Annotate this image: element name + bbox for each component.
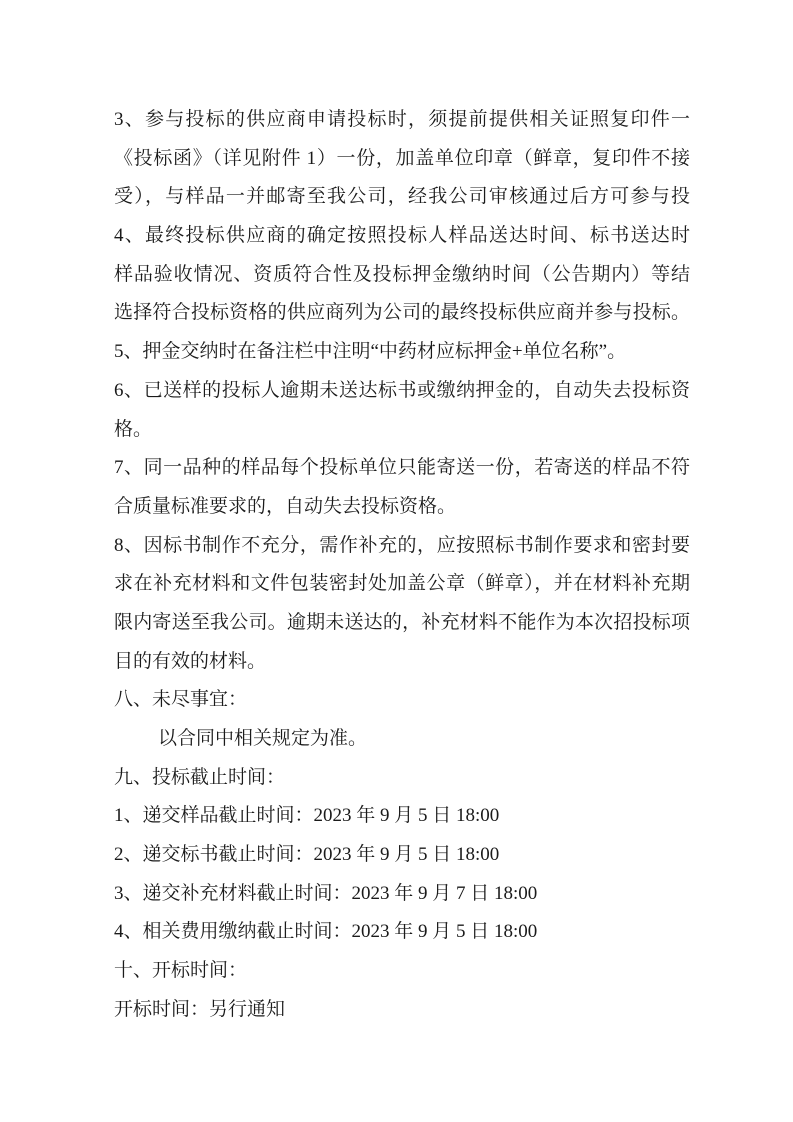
doc-line: 2、递交标书截止时间：2023 年 9 月 5 日 18:00 xyxy=(114,836,690,875)
doc-line: 格。 xyxy=(114,411,690,450)
doc-line: 求在补充材料和文件包装密封处加盖公章（鲜章），并在材料补充期 xyxy=(114,565,690,604)
doc-line: 3、递交补充材料截止时间：2023 年 9 月 7 日 18:00 xyxy=(114,875,690,914)
doc-line: 5、押金交纳时在备注栏中注明“中药材应标押金+单位名称”。 xyxy=(114,333,690,372)
doc-section-heading: 八、未尽事宜： xyxy=(114,681,690,720)
doc-line: 4、相关费用缴纳截止时间：2023 年 9 月 5 日 18:00 xyxy=(114,913,690,952)
doc-line: 《投标函》（详见附件 1）一份，加盖单位印章（鲜章，复印件不接 xyxy=(114,140,690,179)
doc-line: 8、因标书制作不充分，需作补充的，应按照标书制作要求和密封要 xyxy=(114,527,690,566)
doc-line: 开标时间：另行通知 xyxy=(114,991,690,1030)
doc-line: 受），与样品一并邮寄至我公司，经我公司审核通过后方可参与投标。 xyxy=(114,178,690,217)
doc-section-heading: 九、投标截止时间： xyxy=(114,759,690,798)
document-page: 3、参与投标的供应商申请投标时，须提前提供相关证照复印件一套、 《投标函》（详见… xyxy=(0,0,793,1122)
doc-section-heading: 十、开标时间： xyxy=(114,952,690,991)
doc-line: 4、最终投标供应商的确定按照投标人样品送达时间、标书送达时间、 xyxy=(114,217,690,256)
doc-line: 样品验收情况、资质符合性及投标押金缴纳时间（公告期内）等结果， xyxy=(114,256,690,295)
doc-line: 限内寄送至我公司。逾期未送达的，补充材料不能作为本次招投标项 xyxy=(114,604,690,643)
doc-line: 6、已送样的投标人逾期未送达标书或缴纳押金的，自动失去投标资 xyxy=(114,372,690,411)
doc-line: 选择符合投标资格的供应商列为公司的最终投标供应商并参与投标。 xyxy=(114,294,690,333)
doc-line: 7、同一品种的样品每个投标单位只能寄送一份，若寄送的样品不符 xyxy=(114,449,690,488)
doc-line: 合质量标准要求的，自动失去投标资格。 xyxy=(114,488,690,527)
doc-line: 以合同中相关规定为准。 xyxy=(114,720,690,759)
doc-line: 1、递交样品截止时间：2023 年 9 月 5 日 18:00 xyxy=(114,797,690,836)
doc-line: 目的有效的材料。 xyxy=(114,643,690,682)
doc-line: 3、参与投标的供应商申请投标时，须提前提供相关证照复印件一套、 xyxy=(114,101,690,140)
